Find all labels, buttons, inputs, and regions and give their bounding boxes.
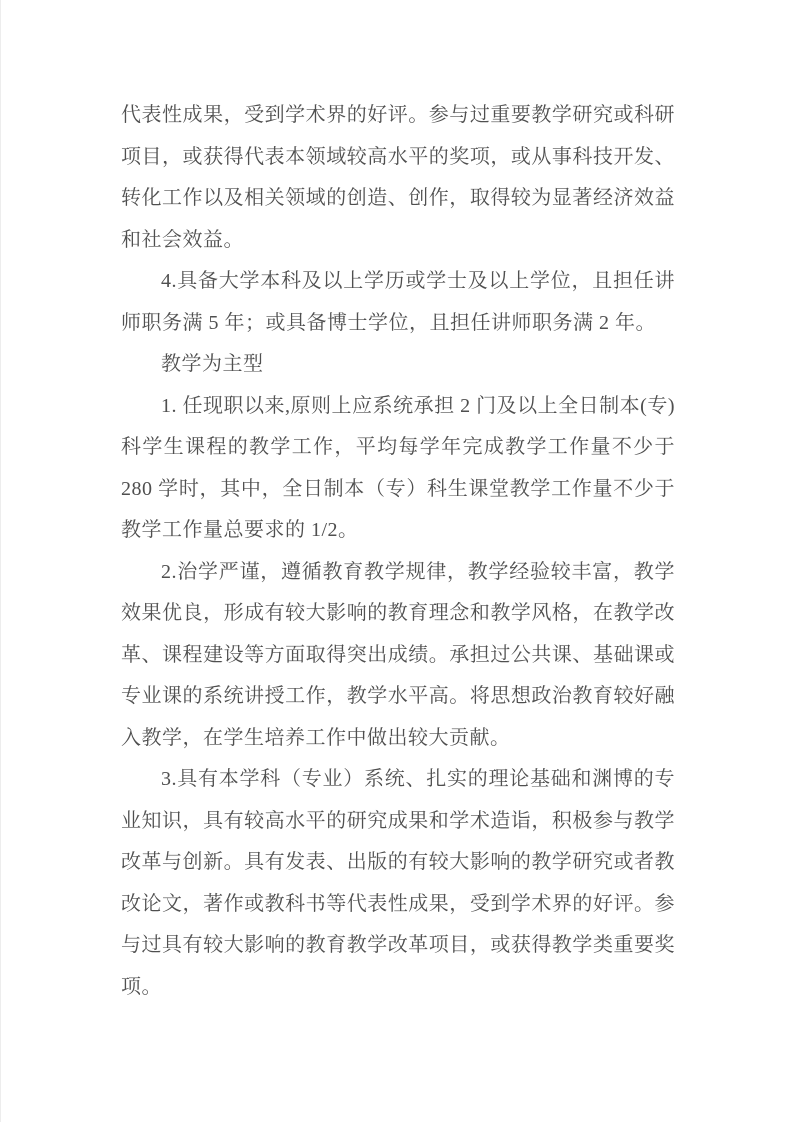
text-line: 1. 任现职以来,原则上应系统承担 2 门及以上全日制本(专) <box>121 386 675 428</box>
text-line: 专业课的系统讲授工作，教学水平高。将思想政治教育较好融 <box>121 676 675 718</box>
text-line: 改革与创新。具有发表、出版的有较大影响的教学研究或者教 <box>121 842 675 884</box>
text-line: 入教学，在学生培养工作中做出较大贡献。 <box>121 718 675 760</box>
text-line: 项目，或获得代表本领域较高水平的奖项，或从事科技开发、 <box>121 137 675 179</box>
document-page: 代表性成果，受到学术界的好评。参与过重要教学研究或科研项目，或获得代表本领域较高… <box>0 0 793 1122</box>
text-line: 师职务满 5 年；或具备博士学位，且担任讲师职务满 2 年。 <box>121 303 675 345</box>
text-line: 科学生课程的教学工作，平均每学年完成教学工作量不少于 <box>121 427 675 469</box>
text-line: 业知识，具有较高水平的研究成果和学术造诣，积极参与教学 <box>121 801 675 843</box>
text-line: 转化工作以及相关领域的创造、创作，取得较为显著经济效益 <box>121 178 675 220</box>
text-line: 280 学时，其中，全日制本（专）科生课堂教学工作量不少于 <box>121 469 675 511</box>
text-line: 2.治学严谨，遵循教育教学规律，教学经验较丰富，教学 <box>121 552 675 594</box>
text-line: 教学为主型 <box>121 344 675 386</box>
text-line: 改论文，著作或教科书等代表性成果，受到学术界的好评。参 <box>121 884 675 926</box>
text-line: 教学工作量总要求的 1/2。 <box>121 510 675 552</box>
text-line: 4.具备大学本科及以上学历或学士及以上学位，且担任讲 <box>121 261 675 303</box>
text-line: 和社会效益。 <box>121 220 675 262</box>
text-line: 效果优良，形成有较大影响的教育理念和教学风格，在教学改 <box>121 593 675 635</box>
text-line: 3.具有本学科（专业）系统、扎实的理论基础和渊博的专 <box>121 759 675 801</box>
document-body: 代表性成果，受到学术界的好评。参与过重要教学研究或科研项目，或获得代表本领域较高… <box>1 0 793 1008</box>
text-line: 与过具有较大影响的教育教学改革项目，或获得教学类重要奖 <box>121 925 675 967</box>
text-line: 项。 <box>121 967 675 1009</box>
text-line: 革、课程建设等方面取得突出成绩。承担过公共课、基础课或 <box>121 635 675 677</box>
text-line: 代表性成果，受到学术界的好评。参与过重要教学研究或科研 <box>121 95 675 137</box>
